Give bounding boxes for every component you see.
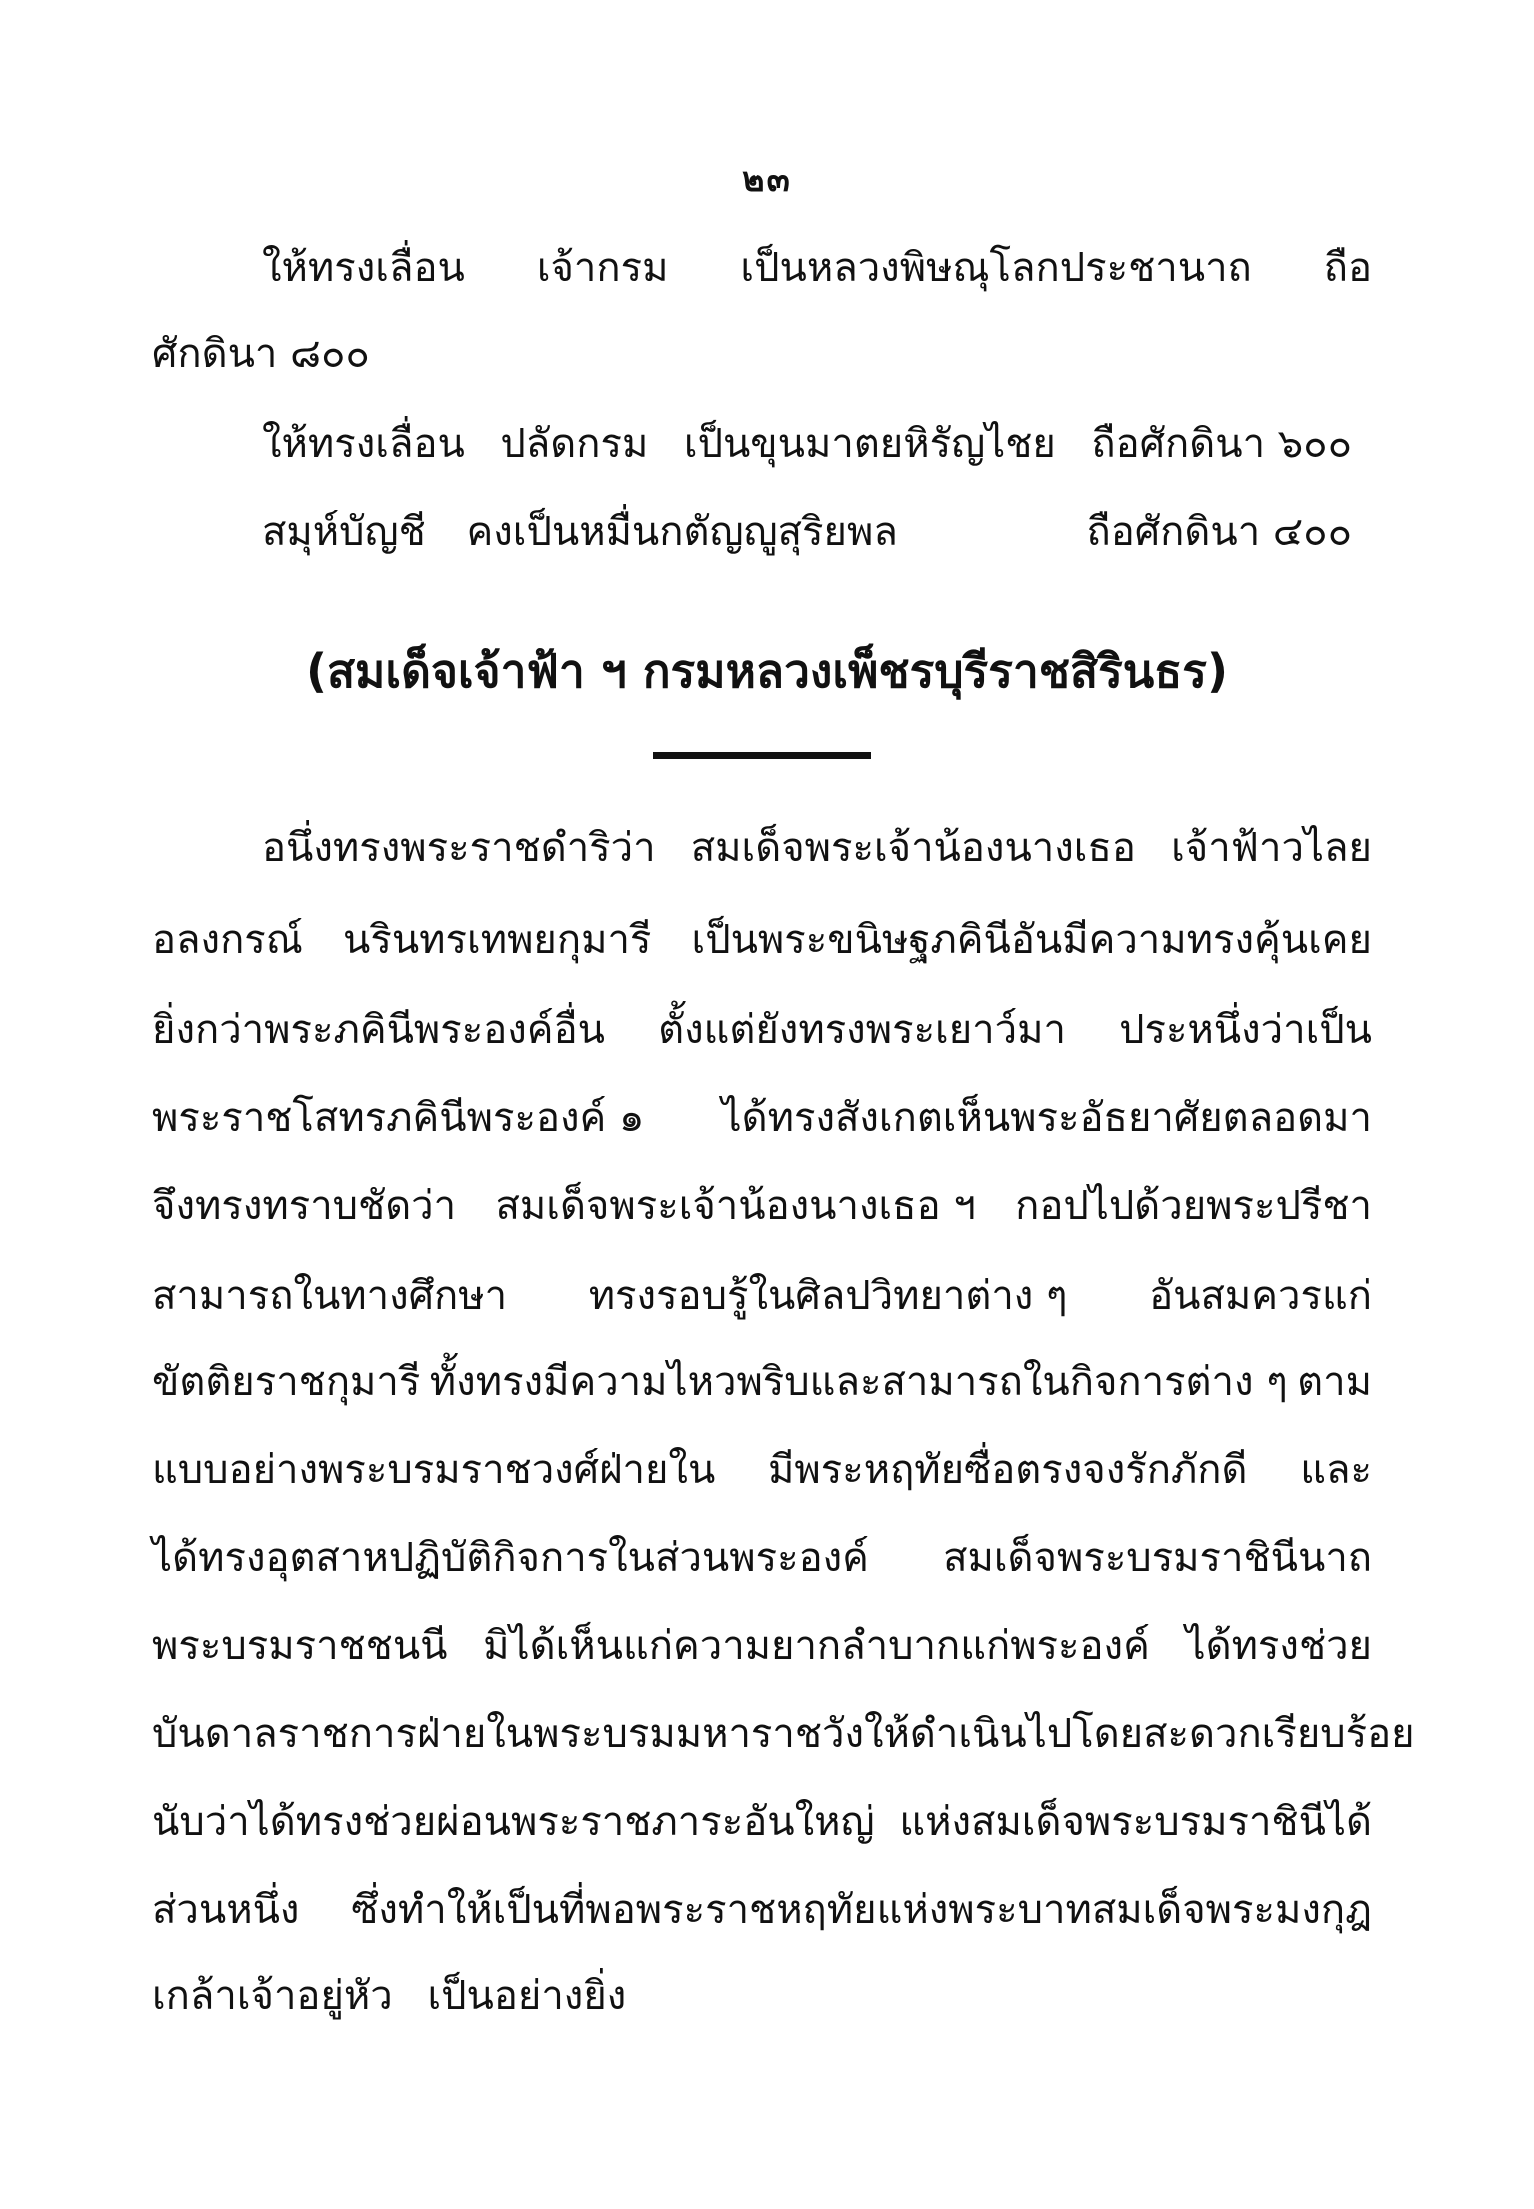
appointment-line-1: ให้ทรงเลื่อน เจ้ากรม เป็นหลวงพิษณุโลกประ… (262, 248, 1372, 288)
paragraph-line-2: อลงกรณ์ นรินทรเทพยกุมารี เป็นพระขนิษฐภคิ… (152, 920, 1372, 960)
text-segment: ให้ทรงเลื่อน (262, 424, 465, 464)
text-segment: มิได้เห็นแก่ความยากลำบากแก่พระองค์ (483, 1626, 1150, 1666)
text-segment: สมเด็จพระบรมราชินีนาถ (943, 1538, 1372, 1578)
text-segment: เกล้าเจ้าอยู่หัว (152, 1973, 393, 2019)
text-segment: คงเป็นหมื่นกตัญญูสุริยพล (467, 509, 898, 555)
paragraph-line-5: จึงทรงทราบชัดว่า สมเด็จพระเจ้าน้องนางเธอ… (152, 1186, 1372, 1226)
text-segment: สมเด็จพระเจ้าน้องนางเธอ (691, 828, 1136, 868)
paragraph-line-10: พระบรมราชชนนี มิได้เห็นแก่ความยากลำบากแก… (152, 1626, 1372, 1666)
paragraph-line-12: นับว่าได้ทรงช่วยผ่อนพระราชภาระอันใหญ่ แห… (152, 1802, 1372, 1842)
text-segment: ศักดินา ๘๐๐ (152, 331, 370, 377)
paragraph-line-9: ได้ทรงอุตสาหปฏิบัติกิจการในส่วนพระองค์ ส… (152, 1538, 1372, 1578)
section-divider (653, 752, 871, 759)
text-segment: ทั้งทรงมีความไหวพริบและสามารถในกิจการต่า… (430, 1362, 1288, 1402)
appointment-line-3: ให้ทรงเลื่อน ปลัดกรม เป็นขุนมาตยหิรัญไชย… (262, 424, 1352, 464)
text-segment: มีพระหฤทัยซื่อตรงจงรักภักดี (768, 1450, 1248, 1490)
text-segment: พระบรมราชชนนี (152, 1626, 448, 1666)
text-segment: แบบอย่างพระบรมราชวงศ์ฝ่ายใน (152, 1450, 715, 1490)
text-segment: พระราชโสทรภคินีพระองค์ ๑ (152, 1098, 644, 1138)
paragraph-line-4: พระราชโสทรภคินีพระองค์ ๑ ได้ทรงสังเกตเห็… (152, 1098, 1372, 1138)
text-segment: ทรงรอบรู้ในศิลปวิทยาต่าง ๆ (589, 1276, 1068, 1316)
text-segment: ให้ดำเนินไปโดยสะดวกเรียบร้อย (864, 1714, 1415, 1754)
page-number: ๒๓ (0, 152, 1534, 206)
text-segment: ถือศักดินา ๖๐๐ (1091, 424, 1352, 464)
text-segment: ถือ (1324, 248, 1372, 288)
text-segment: เป็นพระขนิษฐภคินีอันมีความทรงคุ้นเคย (692, 920, 1372, 960)
paragraph-line-3: ยิ่งกว่าพระภคินีพระองค์อื่น ตั้งแต่ยังทร… (152, 1010, 1372, 1050)
appointment-line-4: สมุห์บัญชี คงเป็นหมื่นกตัญญูสุริยพล ถือศ… (262, 512, 1352, 552)
text-segment: ซึ่งทำให้เป็นที่พอพระราชหฤทัยแห่งพระบาทส… (351, 1890, 1372, 1930)
text-segment: สมุห์บัญชี (262, 509, 426, 555)
text-segment: นรินทรเทพยกุมารี (343, 920, 651, 960)
text-segment: สมเด็จพระเจ้าน้องนางเธอ ฯ (495, 1186, 975, 1226)
text-segment: นับว่าได้ทรงช่วยผ่อนพระราชภาระอันใหญ่ (152, 1802, 875, 1842)
text-segment: สามารถในทางศึกษา (152, 1276, 507, 1316)
paragraph-line-14: เกล้าเจ้าอยู่หัว เป็นอย่างยิ่ง (152, 1976, 626, 2016)
text-segment: อลงกรณ์ (152, 920, 303, 960)
text-segment: เป็นอย่างยิ่ง (427, 1973, 626, 2019)
text-segment: ได้ทรงสังเกตเห็นพระอัธยาศัยตลอดมา (722, 1098, 1373, 1138)
text-segment: เป็นหลวงพิษณุโลกประชานาถ (740, 248, 1251, 288)
text-segment: บันดาลราชการฝ่ายในพระบรมมหาราชวัง (152, 1714, 864, 1754)
text-segment: จึงทรงทราบชัดว่า (152, 1186, 456, 1226)
paragraph-line-13: ส่วนหนึ่ง ซึ่งทำให้เป็นที่พอพระราชหฤทัยแ… (152, 1890, 1372, 1930)
section-heading: (สมเด็จเจ้าฟ้า ฯ กรมหลวงเพ็ชรบุรีราชสิริ… (0, 635, 1534, 708)
text-segment: ถือศักดินา ๔๐๐ (1087, 512, 1352, 552)
paragraph-line-6: สามารถในทางศึกษา ทรงรอบรู้ในศิลปวิทยาต่า… (152, 1276, 1372, 1316)
text-segment: ได้ทรงอุตสาหปฏิบัติกิจการในส่วนพระองค์ (152, 1538, 869, 1578)
paragraph-line-8: แบบอย่างพระบรมราชวงศ์ฝ่ายใน มีพระหฤทัยซื… (152, 1450, 1372, 1490)
text-segment: ส่วนหนึ่ง (152, 1890, 299, 1930)
text-segment: เป็นขุนมาตยหิรัญไชย (684, 424, 1056, 464)
appointment-line-2: ศักดินา ๘๐๐ (152, 334, 370, 374)
text-segment: และ (1300, 1450, 1372, 1490)
text-segment: ตาม (1297, 1362, 1372, 1402)
text-segment: อนึ่งทรงพระราชดำริว่า (262, 828, 656, 868)
text-segment: เจ้ากรม (537, 248, 669, 288)
text-segment: เจ้าฟ้าวไลย (1171, 828, 1372, 868)
paragraph-line-11: บันดาลราชการฝ่ายในพระบรมมหาราชวัง ให้ดำเ… (152, 1714, 1372, 1754)
text-segment: ให้ทรงเลื่อน (262, 248, 465, 288)
text-segment: ประหนึ่งว่าเป็น (1119, 1010, 1372, 1050)
paragraph-line-1: อนึ่งทรงพระราชดำริว่า สมเด็จพระเจ้าน้องน… (262, 828, 1372, 868)
paragraph-line-7: ขัตติยราชกุมารี ทั้งทรงมีความไหวพริบและส… (152, 1362, 1372, 1402)
text-segment: ตั้งแต่ยังทรงพระเยาว์มา (658, 1010, 1066, 1050)
text-segment: ขัตติยราชกุมารี (152, 1362, 420, 1402)
text-segment: ได้ทรงช่วย (1185, 1626, 1372, 1666)
text-segment: อันสมควรแก่ (1149, 1276, 1372, 1316)
text-segment: กอปไปด้วยพระปรีชา (1015, 1186, 1372, 1226)
text-segment: แห่งสมเด็จพระบรมราชินีได้ (899, 1802, 1372, 1842)
text-segment: ปลัดกรม (500, 424, 648, 464)
text-segment: ยิ่งกว่าพระภคินีพระองค์อื่น (152, 1010, 605, 1050)
